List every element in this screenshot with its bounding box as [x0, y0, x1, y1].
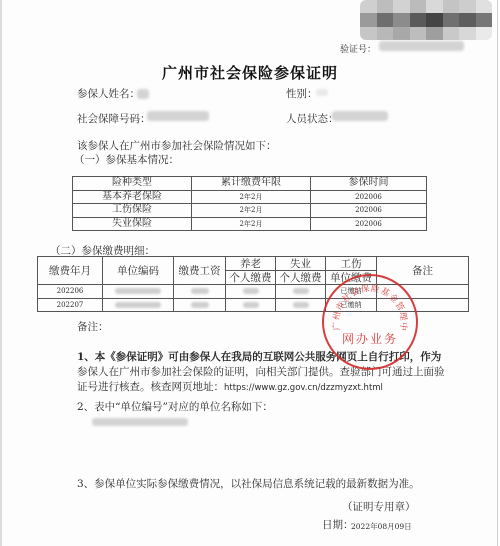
- unemployment-personal: [276, 285, 326, 299]
- section1-title: （一）参保基本情况：: [74, 152, 179, 167]
- payment-month: 202206: [38, 285, 103, 299]
- table-row: 失业保险 2年2月 202006: [73, 217, 427, 231]
- note-2: 2、表中“单位编号”对应的单位名称如下：: [77, 400, 273, 415]
- note-1-prefix: 证号进行核查。核查网页地址：: [77, 381, 224, 393]
- redacted-unit-code: [115, 288, 161, 294]
- name-label: 参保人姓名：: [77, 86, 140, 101]
- seal-note: （证明专用章）: [342, 500, 416, 515]
- note-1-line-3: 证号进行核查。核查网页地址：https://www.gz.gov.cn/dzzm…: [77, 380, 445, 396]
- redacted-amount: [243, 288, 259, 294]
- enroll-date: 202006: [311, 204, 427, 218]
- table-header-row: 险种类型 累计缴费年限 参保时间: [73, 177, 427, 191]
- pension-personal: [226, 298, 276, 312]
- seal-center-text: 网办业务: [324, 330, 416, 347]
- date-value: 2022年08月09日: [351, 521, 412, 532]
- table-header-row: 缴费年月 单位编码 缴费工资 养老 失业 工伤 备注: [38, 257, 469, 271]
- header-unemployment-personal: 个人缴费: [276, 271, 326, 285]
- header-cumulative-years: 累计缴费年限: [192, 177, 311, 191]
- header-unemployment: 失业: [276, 257, 326, 271]
- basic-insurance-table: 险种类型 累计缴费年限 参保时间 基本养老保险 2年2月 202006 工伤保险…: [72, 176, 427, 231]
- header-wage: 缴费工资: [174, 257, 226, 285]
- unit-code: [103, 285, 174, 299]
- page-title: 广州市社会保险参保证明: [0, 62, 500, 83]
- svg-text:广州市社会保险基金管理中心: 广州市社会保险基金管理中心: [330, 282, 409, 332]
- unemployment-personal: [276, 298, 326, 312]
- redacted-ss-number: [147, 111, 209, 121]
- redacted-unit-name: [92, 418, 188, 426]
- enroll-date: 202006: [311, 217, 427, 231]
- redacted-gender: [316, 89, 328, 96]
- unit-code: [103, 298, 174, 312]
- header-unit-code: 单位编码: [103, 257, 174, 285]
- seal-ring-label: 广州市社会保险基金管理中心: [330, 282, 409, 332]
- gender-label: 性别：: [286, 86, 318, 101]
- table-row: 工伤保险 2年2月 202006: [73, 204, 427, 218]
- date-label: 日期：: [322, 518, 354, 533]
- note-1-line-2: 参保人在广州市参加社会保险的证明，向相关部门提供。查验部门可通过上面验: [77, 365, 445, 380]
- enroll-date: 202006: [311, 190, 427, 204]
- header-pension-personal: 个人缴费: [226, 271, 276, 285]
- redacted-status: [332, 111, 388, 121]
- intro-text: 该参保人在广州市参加社会保险情况如下：: [77, 138, 277, 153]
- verify-url-link[interactable]: https://www.gz.gov.cn/dzzmyzxt.html: [224, 383, 383, 393]
- header-month: 缴费年月: [38, 257, 103, 285]
- insurance-type: 基本养老保险: [73, 190, 192, 204]
- cumulative-years: 2年2月: [192, 217, 311, 231]
- redacted-amount: [243, 302, 259, 308]
- header-pension: 养老: [226, 257, 276, 271]
- insurance-type: 失业保险: [73, 217, 192, 231]
- verify-label: 验证号：: [340, 42, 376, 55]
- insurance-type: 工伤保险: [73, 204, 192, 218]
- notes-title: 备注：: [77, 320, 109, 335]
- redacted-wage: [191, 302, 209, 308]
- note-3: 3、参保单位实际参保缴费情况，以社保局信息系统记载的最新数据为准。: [77, 477, 420, 492]
- ss-number-label: 社会保障号码：: [77, 111, 151, 126]
- redacted-name: [137, 89, 149, 99]
- wage: [174, 285, 226, 299]
- header-enroll-date: 参保时间: [311, 177, 427, 191]
- cumulative-years: 2年2月: [192, 204, 311, 218]
- payment-month: 202207: [38, 298, 103, 312]
- header-injury: 工伤: [326, 257, 377, 271]
- official-seal: 广州市社会保险基金管理中心 网办业务: [322, 274, 418, 370]
- redacted-wage: [191, 288, 209, 294]
- table-row: 基本养老保险 2年2月 202006: [73, 190, 427, 204]
- cumulative-years: 2年2月: [192, 190, 311, 204]
- redacted-amount: [293, 288, 309, 294]
- header-insurance-type: 险种类型: [73, 177, 192, 191]
- pension-personal: [226, 285, 276, 299]
- seal-ring-text: 广州市社会保险基金管理中心: [330, 282, 410, 362]
- redacted-unit-code: [115, 302, 161, 308]
- redacted-barcode: [360, 0, 492, 40]
- wage: [174, 298, 226, 312]
- redacted-amount: [293, 302, 309, 308]
- redacted-verify-number: [379, 41, 464, 51]
- status-label: 人员状态：: [286, 111, 339, 126]
